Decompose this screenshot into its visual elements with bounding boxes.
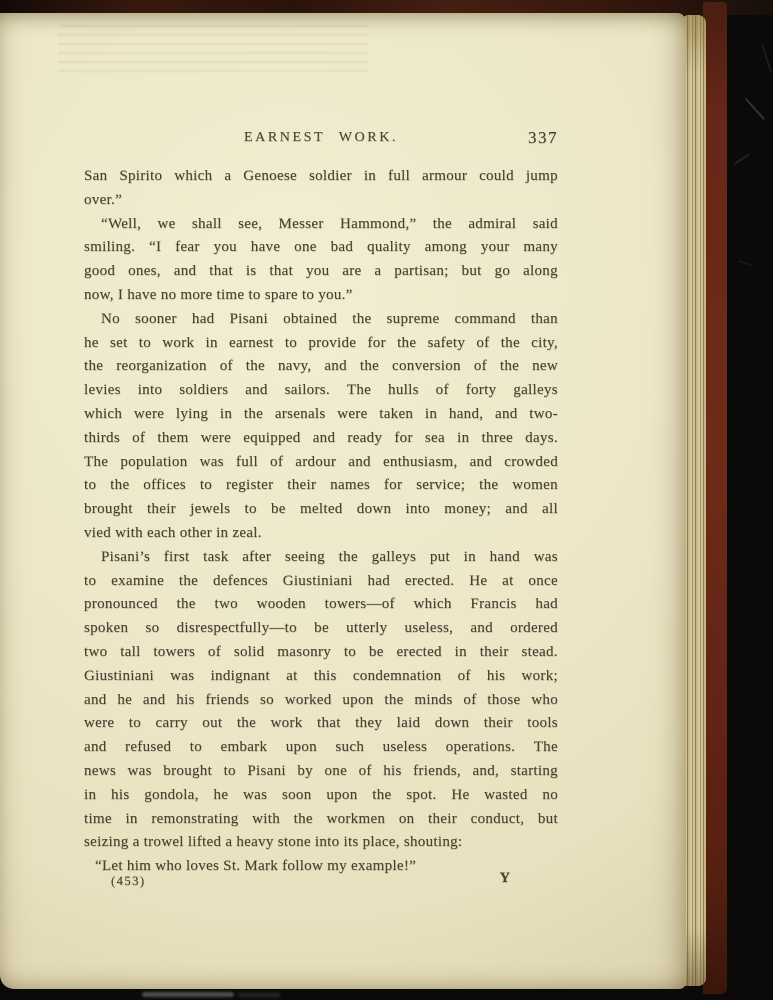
text-line: goodones,andthatisthatyouareapartisan;bu… xyxy=(84,260,558,284)
text-line: toexaminethedefencesGiustinianihaderecte… xyxy=(84,570,558,594)
text-line: broughttheirjewelstobemelteddownintomone… xyxy=(84,498,558,522)
backdrop-scratch xyxy=(745,98,765,120)
text-line: hesettoworkinearnesttoprovideforthesafet… xyxy=(84,332,558,356)
text-line: andheandhisfriendssoworkeduponthemindsof… xyxy=(84,689,558,713)
table-reflection xyxy=(238,993,280,997)
paragraph: “Well,weshallsee,MesserHammond,”theadmir… xyxy=(84,213,558,308)
text-line: andrefusedtoembarkuponsuchuselessoperati… xyxy=(84,736,558,760)
text-line: thereorganizationofthenavy,andtheconvers… xyxy=(84,355,558,379)
text-line: whichwerelyinginthearsenalsweretakeninha… xyxy=(84,403,558,427)
text-line: now, I have no more time to spare to you… xyxy=(84,284,558,308)
text-line: timeinremonstratingwiththeworkmenontheir… xyxy=(84,808,558,832)
paragraph: Pisani’sfirsttaskafterseeingthegalleyspu… xyxy=(84,546,558,855)
text-line: Thepopulationwasfullofardourandenthusias… xyxy=(84,451,558,475)
text-line: pronouncedthetwowoodentowers—ofwhichFran… xyxy=(84,593,558,617)
table-reflection xyxy=(142,992,234,997)
text-line: leviesintosoldiersandsailors.Thehullsoff… xyxy=(84,379,558,403)
gathering-signature-letter: Y xyxy=(500,870,510,887)
page-header: EARNEST WORK. 337 xyxy=(84,130,558,152)
text-line: “Well,weshallsee,MesserHammond,”theadmir… xyxy=(84,213,558,237)
text-line: vied with each other in zeal. xyxy=(84,522,558,546)
text-line: totheofficestoregistertheirnamesforservi… xyxy=(84,474,558,498)
text-line: twotalltowersofsolidmasonrytobeerectedin… xyxy=(84,641,558,665)
text-line: weretocarryouttheworkthattheylaiddownthe… xyxy=(84,712,558,736)
text-line: Giustinianiwasindignantatthiscondemnatio… xyxy=(84,665,558,689)
paragraph: SanSpiritowhichaGenoesesoldierinfullarmo… xyxy=(84,165,558,213)
text-line: seizing a trowel lifted a heavy stone in… xyxy=(84,831,558,855)
text-line: over.” xyxy=(84,189,558,213)
text-line: smiling.“Ifearyouhaveonebadqualityamongy… xyxy=(84,236,558,260)
printer-signature-mark: (453) xyxy=(111,874,146,889)
page-footer: (453) Y xyxy=(84,870,558,892)
running-title: EARNEST WORK. xyxy=(84,130,558,146)
page-number: 337 xyxy=(528,128,558,148)
text-line: SanSpiritowhichaGenoesesoldierinfullarmo… xyxy=(84,165,558,189)
backdrop-scratch xyxy=(762,44,773,73)
paper-texture-streaks xyxy=(58,25,368,77)
backdrop-scratch xyxy=(738,260,752,266)
text-line: newswasbroughttoPisanibyoneofhisfriends,… xyxy=(84,760,558,784)
page-text: SanSpiritowhichaGenoesesoldierinfullarmo… xyxy=(84,165,558,879)
book-cover-right-edge xyxy=(703,2,727,994)
text-line: spokensodisrespectfully—tobeutterlyusele… xyxy=(84,617,558,641)
text-line: Pisani’sfirsttaskafterseeingthegalleyspu… xyxy=(84,546,558,570)
book-page: EARNEST WORK. 337 SanSpiritowhichaGenoes… xyxy=(0,13,686,989)
text-line: thirdsofthemwereequippedandreadyforseain… xyxy=(84,427,558,451)
text-line: NosoonerhadPisaniobtainedthesupremecomma… xyxy=(84,308,558,332)
text-line: inhisgondola,hewassoonuponthespot.Hewast… xyxy=(84,784,558,808)
backdrop-scratch xyxy=(734,153,750,164)
paragraph: NosoonerhadPisaniobtainedthesupremecomma… xyxy=(84,308,558,546)
